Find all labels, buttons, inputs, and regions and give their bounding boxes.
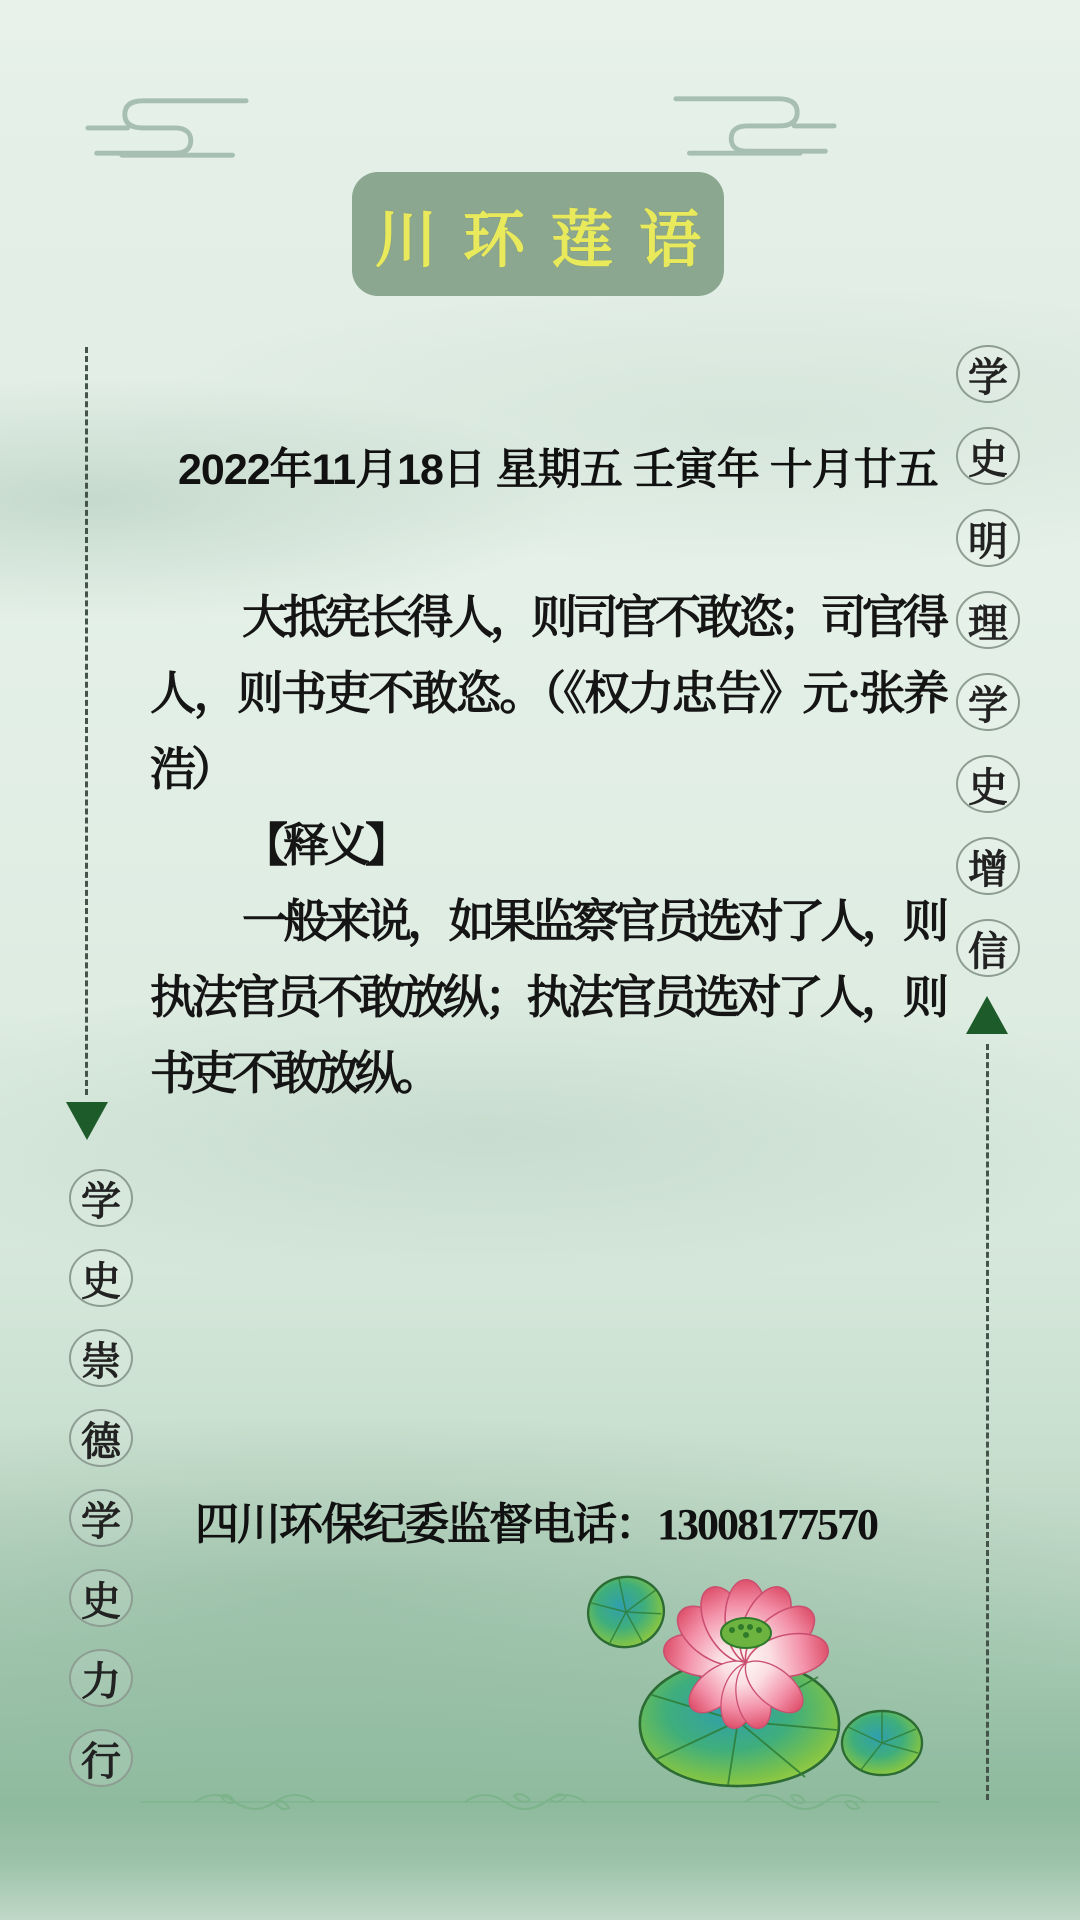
- poster-canvas: 川环莲语 2022年11月18日 星期五 壬寅年 十月廿五 大抵宪长得人，则司官…: [0, 0, 1080, 1920]
- cloud-icon: [672, 90, 837, 160]
- right-column-char: 理: [956, 591, 1020, 649]
- left-column-char: 史: [69, 1249, 133, 1307]
- left-column-char: 力: [69, 1649, 133, 1707]
- quote-text: 大抵宪长得人，则司官不敢恣；司官得人，则书吏不敢恣。（《权力忠告》元·张养浩）: [150, 580, 944, 808]
- lily-pad: [842, 1711, 922, 1775]
- right-column-char: 增: [956, 837, 1020, 895]
- right-column-char: 信: [956, 919, 1020, 977]
- left-column-char: 学: [69, 1169, 133, 1227]
- right-column-char: 史: [956, 755, 1020, 813]
- cloud-icon: [85, 92, 250, 162]
- left-column-char: 行: [69, 1729, 133, 1787]
- quote-explanation: 一般来说，如果监察官员选对了人，则执法官员不敢放纵；执法官员选对了人，则书吏不敢…: [150, 884, 944, 1112]
- lotus-illustration: [560, 1545, 960, 1805]
- title-badge: 川环莲语: [352, 172, 724, 296]
- right-column-char: 史: [956, 427, 1020, 485]
- quote-block: 大抵宪长得人，则司官不敢恣；司官得人，则书吏不敢恣。（《权力忠告》元·张养浩） …: [150, 580, 944, 1112]
- left-column-char: 学: [69, 1489, 133, 1547]
- lily-pad: [582, 1570, 671, 1654]
- left-column-char: 崇: [69, 1329, 133, 1387]
- poster-title: 川环莲语: [375, 190, 727, 279]
- date-line: 2022年11月18日 星期五 壬寅年 十月廿五: [178, 436, 978, 497]
- left-column-char: 史: [69, 1569, 133, 1627]
- left-dashed-line: [85, 347, 88, 1095]
- right-dashed-line: [986, 1044, 989, 1800]
- right-column-char: 学: [956, 345, 1020, 403]
- arrow-up-icon: [966, 996, 1008, 1034]
- lotus-seed-pod: [721, 1618, 771, 1648]
- left-column-char: 德: [69, 1409, 133, 1467]
- right-column-char: 学: [956, 673, 1020, 731]
- phone-line: 四川环保纪委监督电话：13008177570: [195, 1488, 955, 1552]
- quote-section-label: 【释义】: [150, 808, 944, 884]
- arrow-down-icon: [66, 1102, 108, 1140]
- right-column-char: 明: [956, 509, 1020, 567]
- vine-flourish-divider: [135, 1786, 945, 1816]
